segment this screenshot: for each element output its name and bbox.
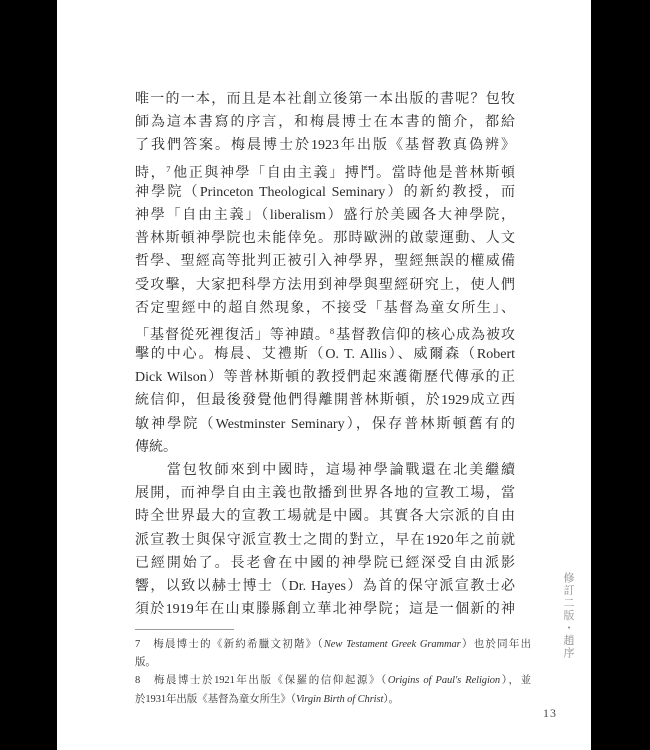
footnote-line: 於1931年出版《基督為童女所生》（Virgin Birth of Christ… bbox=[135, 691, 531, 709]
footnotes: 7 梅晨博士的《新約希臘文初階》（New Testament Greek Gra… bbox=[135, 636, 531, 709]
text-run: 受攻擊，大家把科學方法用到神學與聖經研究上，使人們 bbox=[135, 278, 515, 293]
body-line: 了我們答案。梅晨博士於1923年出版《基督教真偽辨》 bbox=[135, 134, 515, 157]
text-run: 時， bbox=[135, 166, 166, 181]
italic-title: New Testament Greek Grammar bbox=[324, 639, 461, 650]
text-run: 師為這本書寫的序言，和梅晨博士在本書的簡介，都給 bbox=[135, 115, 515, 130]
italic-title: Origins of Paul's Religion bbox=[388, 675, 500, 686]
text-run: 了我們答案。梅晨博士於1923年出版《基督教真偽辨》 bbox=[135, 138, 515, 153]
body-line: 時全世界最大的宣教工場就是中國。其實各大宗派的自由 bbox=[135, 505, 515, 528]
body-line: 受攻擊，大家把科學方法用到神學與聖經研究上，使人們 bbox=[135, 274, 515, 297]
text-run: 8 梅晨博士於1921年出版《保羅的信仰起源》（ bbox=[135, 675, 388, 686]
text-run: 須於1919年在山東滕縣創立華北神學院；這是一個新的神 bbox=[135, 602, 515, 617]
italic-title: Virgin Birth of Christ bbox=[296, 694, 383, 705]
text-run: 已經開始了。長老會在中國的神學院已經深受自由派影 bbox=[135, 556, 515, 571]
body-line: 神學院（Princeton Theological Seminary）的新約教授… bbox=[135, 181, 515, 204]
text-run: ）也於同年出 bbox=[461, 639, 531, 650]
body-line: 時，7他正與神學「自由主義」搏鬥。當時他是普林斯頓 bbox=[135, 158, 515, 181]
body-line: 傳統。 bbox=[135, 436, 515, 459]
body-line: 神學「自由主義」（liberalism）盛行於美國各大神學院， bbox=[135, 204, 515, 227]
text-run: Dick Wilson）等普林斯頓的教授們起來護衛歷代傳承的正 bbox=[135, 370, 515, 385]
text-run: 版。 bbox=[135, 657, 156, 668]
text-run: 哲學、聖經高等批判正被引入神學界，聖經無誤的權威備 bbox=[135, 254, 515, 269]
body-line: 哲學、聖經高等批判正被引入神學界，聖經無誤的權威備 bbox=[135, 250, 515, 273]
text-run: 時全世界最大的宣教工場就是中國。其實各大宗派的自由 bbox=[135, 509, 515, 524]
body-line: 派宣教士與保守派宣教士之間的對立，早在1920年之前就 bbox=[135, 529, 515, 552]
text-run: 神學院（Princeton Theological Seminary）的新約教授… bbox=[135, 185, 515, 200]
text-run: 響，以致以赫士博士（Dr. Hayes）為首的保守派宣教士必 bbox=[135, 579, 515, 594]
footnote-line: 7 梅晨博士的《新約希臘文初階》（New Testament Greek Gra… bbox=[135, 636, 531, 654]
body-line: 當包牧師來到中國時，這場神學論戰還在北美繼續 bbox=[135, 459, 515, 482]
body-line: 統信仰，但最後發覺他們得離開普林斯頓，於1929成立西 bbox=[135, 389, 515, 412]
body-line: 師為這本書寫的序言，和梅晨博士在本書的簡介，都給 bbox=[135, 111, 515, 134]
book-page-scan: 唯一的一本，而且是本社創立後第一本出版的書呢？包牧師為這本書寫的序言，和梅晨博士… bbox=[0, 0, 650, 750]
body-line: 已經開始了。長老會在中國的神學院已經深受自由派影 bbox=[135, 552, 515, 575]
footnote-line: 8 梅晨博士於1921年出版《保羅的信仰起源》（Origins of Paul'… bbox=[135, 672, 531, 690]
body-line: 「基督從死裡復活」等神蹟。8基督教信仰的核心成為被攻 bbox=[135, 320, 515, 343]
text-run: 7 梅晨博士的《新約希臘文初階》（ bbox=[135, 639, 324, 650]
book-page: 唯一的一本，而且是本社創立後第一本出版的書呢？包牧師為這本書寫的序言，和梅晨博士… bbox=[57, 0, 591, 750]
page-number: 13 bbox=[543, 706, 557, 721]
body-line: Dick Wilson）等普林斯頓的教授們起來護衛歷代傳承的正 bbox=[135, 366, 515, 389]
text-run: 傳統。 bbox=[135, 440, 177, 455]
text-run: 當包牧師來到中國時，這場神學論戰還在北美繼續 bbox=[135, 463, 515, 478]
text-run: 擊的中心。梅晨、艾禮斯（O. T. Allis）、威爾森（Robert bbox=[135, 347, 515, 362]
body-line: 展開，而神學自由主義也散播到世界各地的宣教工場，當 bbox=[135, 482, 515, 505]
body-line: 敏神學院（Westminster Seminary），保存普林斯頓舊有的 bbox=[135, 413, 515, 436]
text-run: ）。 bbox=[383, 694, 399, 705]
text-run: 普林斯頓神學院也未能倖免。那時歐洲的啟蒙運動、人文 bbox=[135, 231, 515, 246]
body-text: 唯一的一本，而且是本社創立後第一本出版的書呢？包牧師為這本書寫的序言，和梅晨博士… bbox=[135, 88, 515, 621]
scan-background-left bbox=[0, 0, 57, 750]
text-run: 唯一的一本，而且是本社創立後第一本出版的書呢？包牧 bbox=[135, 92, 515, 107]
text-run: 他正與神學「自由主義」搏鬥。當時他是普林斯頓 bbox=[171, 166, 515, 181]
text-run: 敏神學院（Westminster Seminary），保存普林斯頓舊有的 bbox=[135, 417, 515, 432]
body-line: 唯一的一本，而且是本社創立後第一本出版的書呢？包牧 bbox=[135, 88, 515, 111]
body-line: 否定聖經中的超自然現象，不接受「基督為童女所生」、 bbox=[135, 297, 515, 320]
text-run: 展開，而神學自由主義也散播到世界各地的宣教工場，當 bbox=[135, 486, 515, 501]
body-line: 擊的中心。梅晨、艾禮斯（O. T. Allis）、威爾森（Robert bbox=[135, 343, 515, 366]
text-run: 「基督從死裡復活」等神蹟。 bbox=[135, 328, 330, 343]
body-line: 須於1919年在山東滕縣創立華北神學院；這是一個新的神 bbox=[135, 598, 515, 621]
text-run: 神學「自由主義」（liberalism）盛行於美國各大神學院， bbox=[135, 208, 515, 223]
edition-vertical-label: 修訂二版・趙序 bbox=[560, 572, 576, 660]
footnote-rule bbox=[135, 629, 234, 630]
footnote-line: 版。 bbox=[135, 654, 531, 672]
text-run: 派宣教士與保守派宣教士之間的對立，早在1920年之前就 bbox=[135, 533, 515, 548]
body-line: 普林斯頓神學院也未能倖免。那時歐洲的啟蒙運動、人文 bbox=[135, 227, 515, 250]
text-run: 否定聖經中的超自然現象，不接受「基督為童女所生」、 bbox=[135, 301, 515, 316]
text-run: ），並 bbox=[500, 675, 531, 686]
body-line: 響，以致以赫士博士（Dr. Hayes）為首的保守派宣教士必 bbox=[135, 575, 515, 598]
text-run: 統信仰，但最後發覺他們得離開普林斯頓，於1929成立西 bbox=[135, 393, 515, 408]
text-run: 於1931年出版《基督為童女所生》（ bbox=[135, 694, 296, 705]
scan-background-right bbox=[591, 0, 650, 750]
text-run: 基督教信仰的核心成為被攻 bbox=[335, 328, 515, 343]
